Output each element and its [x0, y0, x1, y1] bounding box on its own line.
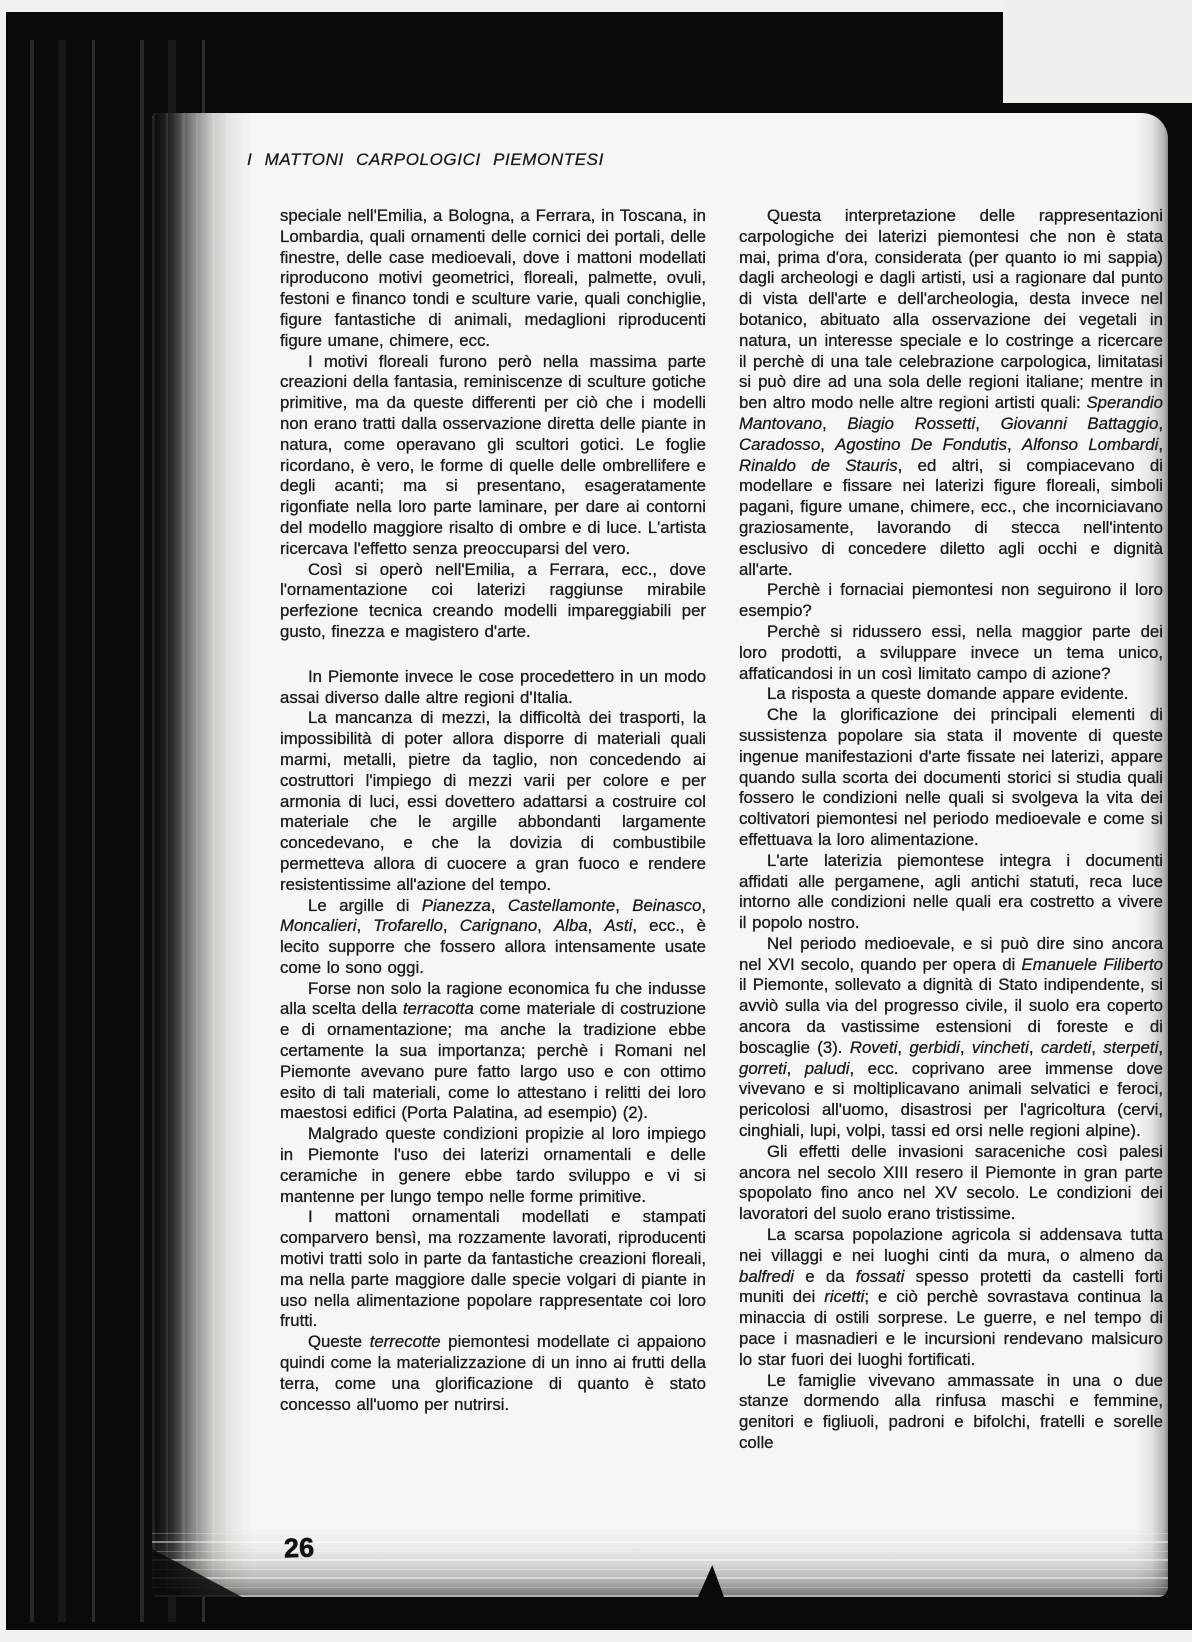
paragraph: Le famiglie vivevano ammassate in una o … [739, 1371, 1163, 1454]
scanned-book-page: { "page": { "header": "I MATTONI CARPOLO… [0, 0, 1192, 1642]
paragraph: In Piemonte invece le cose procedettero … [280, 667, 706, 709]
paragraph: La scarsa popolazione agricola si addens… [739, 1225, 1163, 1371]
paragraph: Nel periodo medioevale, e si può dire si… [739, 934, 1163, 1142]
text-column-right: Questa interpretazione delle rappresenta… [739, 206, 1163, 1454]
paragraph: Forse non solo la ragione economica fu c… [280, 979, 706, 1125]
page-number: 26 [283, 1532, 314, 1564]
paragraph: Malgrado queste condizioni propizie al l… [280, 1124, 706, 1207]
paragraph: Queste terrecotte piemontesi modellate c… [280, 1332, 706, 1415]
paragraph: Le argille di Pianezza, Castellamonte, B… [280, 896, 706, 979]
paragraph: Così si operò nell'Emilia, a Ferrara, ec… [280, 560, 706, 643]
text-column-left: speciale nell'Emilia, a Bologna, a Ferra… [280, 206, 706, 1415]
paragraph: La risposta a queste domande appare evid… [739, 684, 1163, 705]
paragraph: I mattoni ornamentali modellati e stampa… [280, 1207, 706, 1332]
paragraph: I motivi floreali furono però nella mass… [280, 352, 706, 560]
paragraph: Questa interpretazione delle rappresenta… [739, 206, 1163, 580]
paragraph: speciale nell'Emilia, a Bologna, a Ferra… [280, 206, 706, 352]
running-header: I MATTONI CARPOLOGICI PIEMONTESI [247, 150, 604, 170]
paragraph: Gli effetti delle invasioni saraceniche … [739, 1142, 1163, 1225]
paragraph: Che la glorificazione dei principali ele… [739, 705, 1163, 851]
page-gutter-shadow [152, 113, 252, 1597]
paragraph: L'arte laterizia piemontese integra i do… [739, 851, 1163, 934]
paragraph: Perchè i fornaciai piemontesi non seguir… [739, 580, 1163, 622]
paragraph: Perchè si ridussero essi, nella maggior … [739, 622, 1163, 684]
paragraph: La mancanza di mezzi, la difficoltà dei … [280, 708, 706, 895]
scan-corner-topright [1003, 0, 1192, 103]
